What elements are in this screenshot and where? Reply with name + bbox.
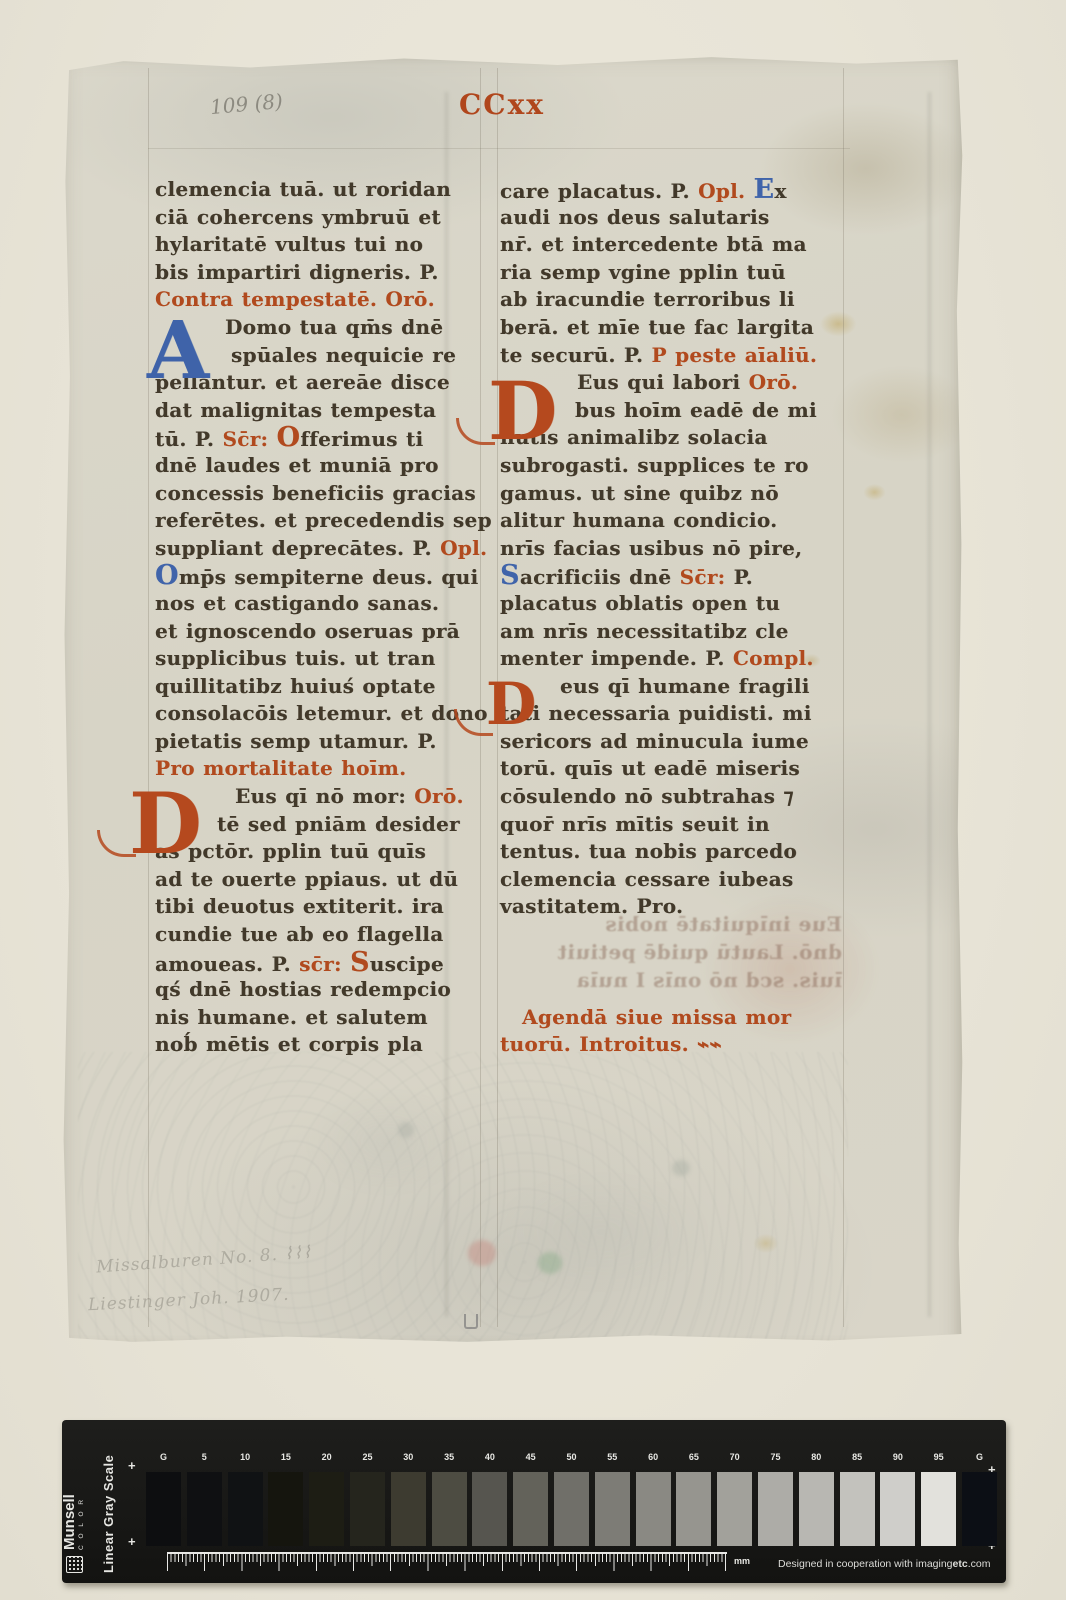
text-line: alitur humana condicio. <box>500 507 852 535</box>
manuscript-text: menter impende. P. <box>500 646 733 670</box>
text-line: quor̄ nrīs mītis seuit in <box>500 811 852 839</box>
gray-patch-50 <box>554 1472 589 1546</box>
blue-initial-text: O <box>155 560 179 591</box>
gray-patch-label-50: 50 <box>554 1452 589 1462</box>
gray-patch-label-30: 30 <box>391 1452 426 1462</box>
gray-patch-label-80: 80 <box>799 1452 834 1462</box>
gray-patch-label-15: 15 <box>268 1452 303 1462</box>
manuscript-text: audi nos deus salutaris <box>500 205 769 229</box>
manuscript-text: consolacōis letemur. et dono <box>155 701 488 725</box>
rubric-text: P peste aīaliū. <box>652 343 818 367</box>
text-line: tati necessaria puidisti. mi <box>500 700 852 728</box>
manuscript-text: spūales nequicie re <box>231 343 456 367</box>
gray-patch-label-10: 10 <box>228 1452 263 1462</box>
text-line: qś dnē hostias redempcio <box>155 976 493 1004</box>
verso-stain-green <box>538 1252 562 1274</box>
text-line: referētes. et precedendis sep <box>155 507 493 535</box>
illuminated-initial-D: D <box>488 375 557 449</box>
manuscript-text: mp̄s sempiterne deus. qui <box>179 565 479 589</box>
gray-patch-60 <box>636 1472 671 1546</box>
text-line: amoueas. P. sc̄r: Suscipe <box>155 949 493 977</box>
manuscript-text: cundie tue ab eo flagella <box>155 922 443 946</box>
credit-line: Designed in cooperation with imagingetc.… <box>778 1558 990 1570</box>
folio-number: CCxx <box>459 88 545 121</box>
manuscript-text: care placatus. P. <box>500 179 698 203</box>
manuscript-text: nrīs facias usibus nō pire, <box>500 536 802 560</box>
gray-patch-30 <box>391 1472 426 1546</box>
text-line: supplicibus tuis. ut tran <box>155 645 493 673</box>
manuscript-text: bus hoīm eadē de mi <box>575 398 817 422</box>
text-line: eus qī humane fragili <box>500 673 852 701</box>
blue-initial-text: E <box>754 174 775 205</box>
gray-patch-label-40: 40 <box>472 1452 507 1462</box>
text-line: gamus. ut sine quibz nō <box>500 480 852 508</box>
text-line: quillitatibz huiuś optate <box>155 673 493 701</box>
manuscript-text: gamus. ut sine quibz nō <box>500 481 779 505</box>
manuscript-text: tē sed pniām desider <box>217 812 460 836</box>
text-line: sericors ad minucula iume <box>500 728 852 756</box>
text-line: concessis beneficiis gracias <box>155 480 493 508</box>
gray-patch-95 <box>921 1472 956 1546</box>
brand-subtitle: C O L O R <box>79 1494 86 1550</box>
verso-stain-pink <box>468 1240 496 1266</box>
manuscript-text: torū. quīs ut eadē miseris <box>500 756 800 780</box>
gray-patch-label-65: 65 <box>676 1452 711 1462</box>
manuscript-text: eus qī humane fragili <box>560 674 810 698</box>
manuscript-text: clemencia tuā. ut roridan <box>155 177 451 201</box>
manuscript-text: pietatis semp utamur. P. <box>155 729 437 753</box>
gray-patch-G <box>962 1472 997 1546</box>
gray-patch-45 <box>513 1472 548 1546</box>
text-line: nr̄. et intercedente btā ma <box>500 231 852 259</box>
manuscript-text: supplicibus tuis. ut tran <box>155 646 436 670</box>
illuminated-initial-D: D <box>486 678 536 731</box>
credit-prefix: Designed in cooperation with imaging <box>778 1558 953 1570</box>
manuscript-text: placatus oblatis open tu <box>500 591 780 615</box>
manuscript-text: clemencia cessare iubeas <box>500 867 794 891</box>
rubric-text: Sc̄r: <box>222 427 276 451</box>
gray-patch-90 <box>880 1472 915 1546</box>
manuscript-text: suppliant deprecātes. P. <box>155 536 440 560</box>
text-line: Eus qī nō mor: Orō. <box>155 783 493 811</box>
rubric-text: Sc̄r: <box>680 565 734 589</box>
credit-suffix: .com <box>968 1558 991 1570</box>
manuscript-text: dnē laudes et muniā pro <box>155 453 439 477</box>
gray-patch-5 <box>187 1472 222 1546</box>
gray-patch-65 <box>676 1472 711 1546</box>
gray-patch-40 <box>472 1472 507 1546</box>
gray-patch-35 <box>432 1472 467 1546</box>
gray-patch-85 <box>840 1472 875 1546</box>
text-line: consolacōis letemur. et dono <box>155 700 493 728</box>
rubric-text: S <box>350 947 370 978</box>
manuscript-text: nis humane. et salutem <box>155 1005 428 1029</box>
text-line: berā. et mīe tue fac largita <box>500 314 852 342</box>
gray-patch-G <box>146 1472 181 1546</box>
text-line: hylaritatē vultus tui no <box>155 231 493 259</box>
text-line: as pctōr. pplin tuū quīs <box>155 838 493 866</box>
text-line: et ignoscendo oseruas prā <box>155 618 493 646</box>
gray-patch-label-35: 35 <box>432 1452 467 1462</box>
text-line: cundie tue ab eo flagella <box>155 921 493 949</box>
show-through-text-line: īuis. scd nō onīs I nuīa <box>512 966 842 994</box>
brand-text-block: Munsell C O L O R <box>62 1494 86 1550</box>
text-line: clemencia cessare iubeas <box>500 866 852 894</box>
manuscript-text: hylaritatē vultus tui no <box>155 232 423 256</box>
ruling-line-top <box>148 148 850 149</box>
verso-stain-gray <box>398 1122 414 1138</box>
gray-patch-label-20: 20 <box>309 1452 344 1462</box>
manuscript-text: tati necessaria puidisti. mi <box>500 701 812 725</box>
manuscript-text: sericors ad minucula iume <box>500 729 809 753</box>
gray-patch-20 <box>309 1472 344 1546</box>
illuminated-initial-A: A <box>147 314 209 388</box>
manuscript-text: ria semp vgine pplin tuū <box>500 260 786 284</box>
rubric-text: Opl. <box>440 536 487 560</box>
text-line: nos et castigando sanas. <box>155 590 493 618</box>
rubric-text: Agendā siue missa mor <box>522 1005 791 1029</box>
manuscript-text: nos et castigando sanas. <box>155 591 439 615</box>
pencil-annotation-top: 109 (8) <box>209 89 284 119</box>
text-line: torū. quīs ut eadē miseris <box>500 755 852 783</box>
gray-patch-15 <box>268 1472 303 1546</box>
gray-patch-label-G: G <box>962 1452 997 1462</box>
ruler-unit-label: mm <box>734 1556 750 1566</box>
show-through-text-line: dnō. Lautū quidē petiuit <box>512 938 842 966</box>
munsell-gray-scale-bar: Munsell C O L O R Linear Gray Scale + + … <box>62 1420 1006 1583</box>
gray-patch-label-70: 70 <box>717 1452 752 1462</box>
registration-mark: + <box>128 1458 136 1473</box>
gray-patch-label-90: 90 <box>880 1452 915 1462</box>
text-line: Omp̄s sempiterne deus. qui <box>155 562 493 590</box>
blue-initial-text: S <box>500 560 520 591</box>
mm-ruler <box>167 1552 727 1578</box>
manuscript-leaf: CCxx 109 (8) clemencia tuā. ut roridanci… <box>60 52 965 1347</box>
manuscript-text: Domo tua qm̄s dnē <box>225 315 443 339</box>
gray-patch-label-60: 60 <box>636 1452 671 1462</box>
manuscript-text: concessis beneficiis gracias <box>155 481 476 505</box>
text-line: suppliant deprecātes. P. Opl. <box>155 535 493 563</box>
fold-crease-right <box>928 92 931 1317</box>
credit-bold: etc <box>953 1558 968 1570</box>
manuscript-text: quor̄ nrīs mītis seuit in <box>500 812 770 836</box>
rubric-text: tuorū. Introitus. ⌁⌁ <box>500 1032 722 1056</box>
manuscript-text: Eus qui labori <box>577 370 749 394</box>
rubric-text: Opl. <box>698 179 753 203</box>
verso-stain-gray <box>672 1160 690 1176</box>
text-line: tū. P. Sc̄r: Offerimus ti <box>155 424 493 452</box>
manuscript-text: cōsulendo nō subtrahas ⁊ <box>500 784 794 808</box>
show-through-text-block: Eue inīquitatē nobisdnō. Lautū quidē pet… <box>512 910 842 994</box>
manuscript-text: uscipe <box>370 952 444 976</box>
manuscript-text: Eus qī nō mor: <box>235 784 414 808</box>
manuscript-text: fferimus ti <box>300 427 423 451</box>
gray-patch-55 <box>595 1472 630 1546</box>
gray-patch-label-95: 95 <box>921 1452 956 1462</box>
manuscript-text: x <box>774 179 786 203</box>
manuscript-text: qś dnē hostias redempcio <box>155 977 451 1001</box>
gray-patch-label-25: 25 <box>350 1452 385 1462</box>
gray-patch-label-85: 85 <box>840 1452 875 1462</box>
manuscript-text: alitur humana condicio. <box>500 508 777 532</box>
text-line: nis humane. et salutem <box>155 1004 493 1032</box>
photograph: CCxx 109 (8) clemencia tuā. ut roridanci… <box>0 0 1066 1600</box>
gray-patch-label-75: 75 <box>758 1452 793 1462</box>
brand-name: Munsell <box>62 1494 77 1550</box>
text-line: pietatis semp utamur. P. <box>155 728 493 756</box>
text-line: dnē laudes et muniā pro <box>155 452 493 480</box>
manuscript-text: quillitatibz huiuś optate <box>155 674 436 698</box>
manuscript-text: acrificiis dnē <box>520 565 680 589</box>
rubric-text: sc̄r: <box>299 952 350 976</box>
rubric-text: Orō. <box>749 370 798 394</box>
gray-patch-label-G: G <box>146 1452 181 1462</box>
text-line: care placatus. P. Opl. Ex <box>500 176 852 204</box>
gray-patch-25 <box>350 1472 385 1546</box>
gray-patch-label-45: 45 <box>513 1452 548 1462</box>
rubric-text: Compl. <box>733 646 814 670</box>
registration-mark: + <box>128 1534 136 1549</box>
manuscript-text: tibi deuotus extiterit. ira <box>155 894 444 918</box>
text-line: Pro mortalitate hoīm. <box>155 755 493 783</box>
manuscript-text: P. <box>734 565 753 589</box>
text-line: tuorū. Introitus. ⌁⌁ <box>500 1031 852 1059</box>
manuscript-text: berā. et mīe tue fac largita <box>500 315 814 339</box>
text-line: ad te ouerte ppiaus. ut dū <box>155 866 493 894</box>
manuscript-text: am nrīs necessitatibz cle <box>500 619 789 643</box>
manuscript-text: nr̄. et intercedente btā ma <box>500 232 807 256</box>
gray-patch-label-55: 55 <box>595 1452 630 1462</box>
text-line: ria semp vgine pplin tuū <box>500 259 852 287</box>
munsell-logo-icon <box>66 1556 83 1573</box>
text-line: menter impende. P. Compl. <box>500 645 852 673</box>
manuscript-text: dat malignitas tempesta <box>155 398 436 422</box>
text-line: tentus. tua nobis parcedo <box>500 838 852 866</box>
text-line: am nrīs necessitatibz cle <box>500 618 852 646</box>
text-line: audi nos deus salutaris <box>500 204 852 232</box>
gray-patch-10 <box>228 1472 263 1546</box>
manuscript-text: tentus. tua nobis parcedo <box>500 839 797 863</box>
text-line: Agendā siue missa mor <box>500 1004 852 1032</box>
manuscript-text: tū. P. <box>155 427 222 451</box>
manuscript-text: ab iracundie terroribus li <box>500 287 795 311</box>
manuscript-text: nob́ mētis et corpis pla <box>155 1032 423 1056</box>
show-through-text-line: Eue inīquitatē nobis <box>512 910 842 938</box>
manuscript-text: amoueas. P. <box>155 952 299 976</box>
gray-patch-80 <box>799 1472 834 1546</box>
text-line: ciā cohercens ymbruū et <box>155 204 493 232</box>
manuscript-text: ciā cohercens ymbruū et <box>155 205 441 229</box>
text-line: nob́ mētis et corpis pla <box>155 1031 493 1059</box>
text-line: dat malignitas tempesta <box>155 397 493 425</box>
text-line: ab iracundie terroribus li <box>500 286 852 314</box>
rubric-text: O <box>276 422 300 453</box>
text-line: cōsulendo nō subtrahas ⁊ <box>500 783 852 811</box>
manuscript-text: te securū. P. <box>500 343 652 367</box>
text-line: tē sed pniām desider <box>155 811 493 839</box>
illuminated-initial-D: D <box>129 785 202 862</box>
gray-patch-75 <box>758 1472 793 1546</box>
text-line: Sacrificiis dnē Sc̄r: P. <box>500 562 852 590</box>
text-line: clemencia tuā. ut roridan <box>155 176 493 204</box>
gray-patch-70 <box>717 1472 752 1546</box>
manuscript-text: bis impartiri digneris. P. <box>155 260 439 284</box>
text-line: bis impartiri digneris. P. <box>155 259 493 287</box>
collation-mark <box>464 1314 478 1329</box>
rubric-text: Orō. <box>414 784 463 808</box>
text-line: placatus oblatis open tu <box>500 590 852 618</box>
gray-patch-label-5: 5 <box>187 1452 222 1462</box>
text-line: nrīs facias usibus nō pire, <box>500 535 852 563</box>
manuscript-text: et ignoscendo oseruas prā <box>155 619 460 643</box>
manuscript-text: referētes. et precedendis sep <box>155 508 492 532</box>
text-line: tibi deuotus extiterit. ira <box>155 893 493 921</box>
ruling-line-left <box>148 68 149 1327</box>
